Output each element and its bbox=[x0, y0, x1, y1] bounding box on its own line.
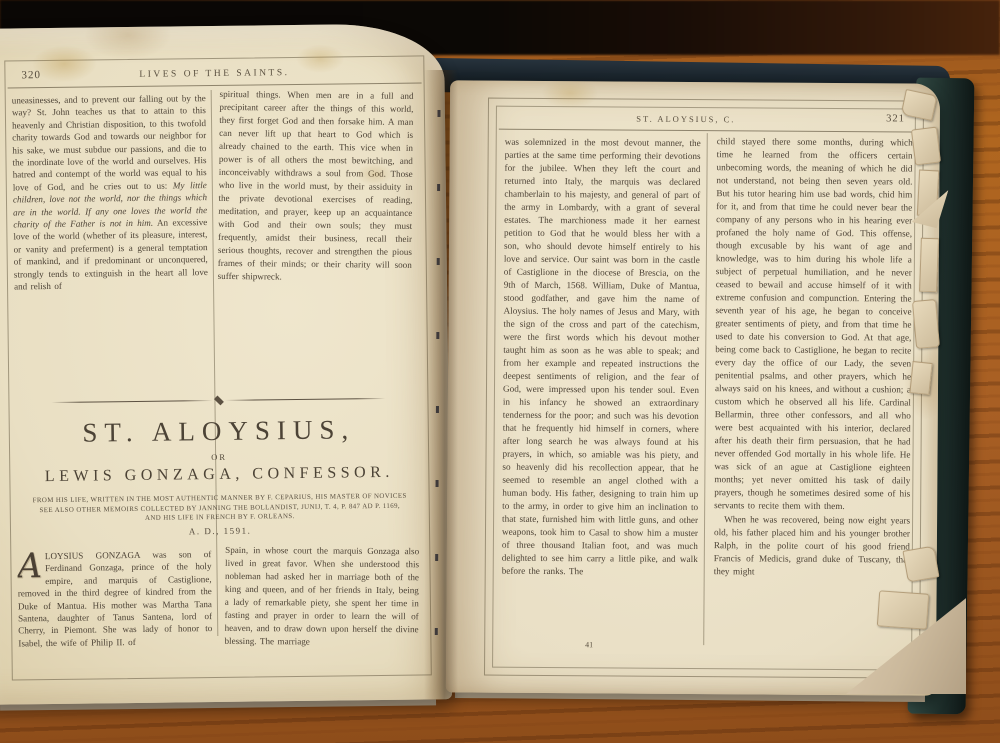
right-page-inner-frame: ST. ALOYSIUS, C. 321 was solemnized in t… bbox=[492, 106, 916, 671]
column-divider-rule bbox=[703, 133, 708, 645]
right-page: ST. ALOYSIUS, C. 321 was solemnized in t… bbox=[446, 80, 940, 695]
section-date: A. D., 1591. bbox=[11, 523, 429, 538]
torn-page-edge bbox=[919, 238, 939, 293]
right-page-column-2: child stayed there some months, during w… bbox=[713, 135, 913, 648]
left-page-content: uneasinesses, and to prevent our falling… bbox=[6, 83, 431, 676]
ornament-diamond bbox=[213, 396, 223, 406]
left-running-head: LIVES OF THE SAINTS. bbox=[5, 66, 423, 81]
torn-page-edge bbox=[877, 590, 929, 629]
right-page-outer-frame: ST. ALOYSIUS, C. 321 was solemnized in t… bbox=[484, 98, 924, 679]
torn-page-edge bbox=[902, 545, 939, 582]
right-page-number: 321 bbox=[886, 113, 905, 124]
drop-cap-initial: A bbox=[17, 550, 45, 580]
left-page-frame: 320 LIVES OF THE SAINTS. uneasinesses, a… bbox=[4, 55, 432, 680]
paragraph-2: When he was recovered, being now eight y… bbox=[714, 513, 910, 579]
left-page-story-column-1: ALOYSIUS GONZAGA was son of Ferdinand Go… bbox=[17, 548, 213, 696]
column-divider-rule bbox=[211, 90, 219, 636]
torn-page-edge bbox=[912, 299, 940, 349]
gutter-shadow bbox=[424, 70, 458, 700]
left-page-column-2: spiritual things. When men are in a full… bbox=[217, 88, 414, 342]
ornament-rule-left bbox=[51, 400, 212, 403]
signature-mark: 41 bbox=[585, 640, 593, 649]
left-page: 320 LIVES OF THE SAINTS. uneasinesses, a… bbox=[0, 23, 452, 705]
torn-page-edge bbox=[911, 127, 941, 166]
right-page-column-1: was solemnized in the most devout manner… bbox=[501, 136, 700, 639]
body-text: uneasinesses, and to prevent our falling… bbox=[12, 93, 207, 192]
right-page-header: ST. ALOYSIUS, C. 321 bbox=[497, 107, 915, 132]
section-title: ST. ALOYSIUS, bbox=[10, 413, 428, 449]
section-subtitle: LEWIS GONZAGA, CONFESSOR. bbox=[10, 463, 428, 486]
paragraph-1: child stayed there some months, during w… bbox=[714, 135, 913, 513]
section-divider-ornament bbox=[51, 394, 385, 407]
torn-page-edge bbox=[909, 361, 932, 395]
right-page-content: was solemnized in the most devout manner… bbox=[493, 130, 915, 657]
photo-of-open-book: 320 LIVES OF THE SAINTS. uneasinesses, a… bbox=[0, 0, 1000, 743]
ornament-rule-right bbox=[225, 398, 386, 401]
left-page-column-1: uneasinesses, and to prevent our falling… bbox=[12, 92, 209, 332]
body-text: LOYSIUS GONZAGA was son of Ferdinand Gon… bbox=[18, 549, 213, 648]
left-page-story-column-2: Spain, in whose court the marquis Gonzag… bbox=[224, 544, 419, 695]
section-citation: FROM HIS LIFE, WRITTEN IN THE MOST AUTHE… bbox=[15, 491, 425, 525]
left-page-header: 320 LIVES OF THE SAINTS. bbox=[5, 56, 423, 87]
right-running-head: ST. ALOYSIUS, C. bbox=[497, 113, 875, 126]
section-or-label: OR bbox=[10, 449, 428, 464]
